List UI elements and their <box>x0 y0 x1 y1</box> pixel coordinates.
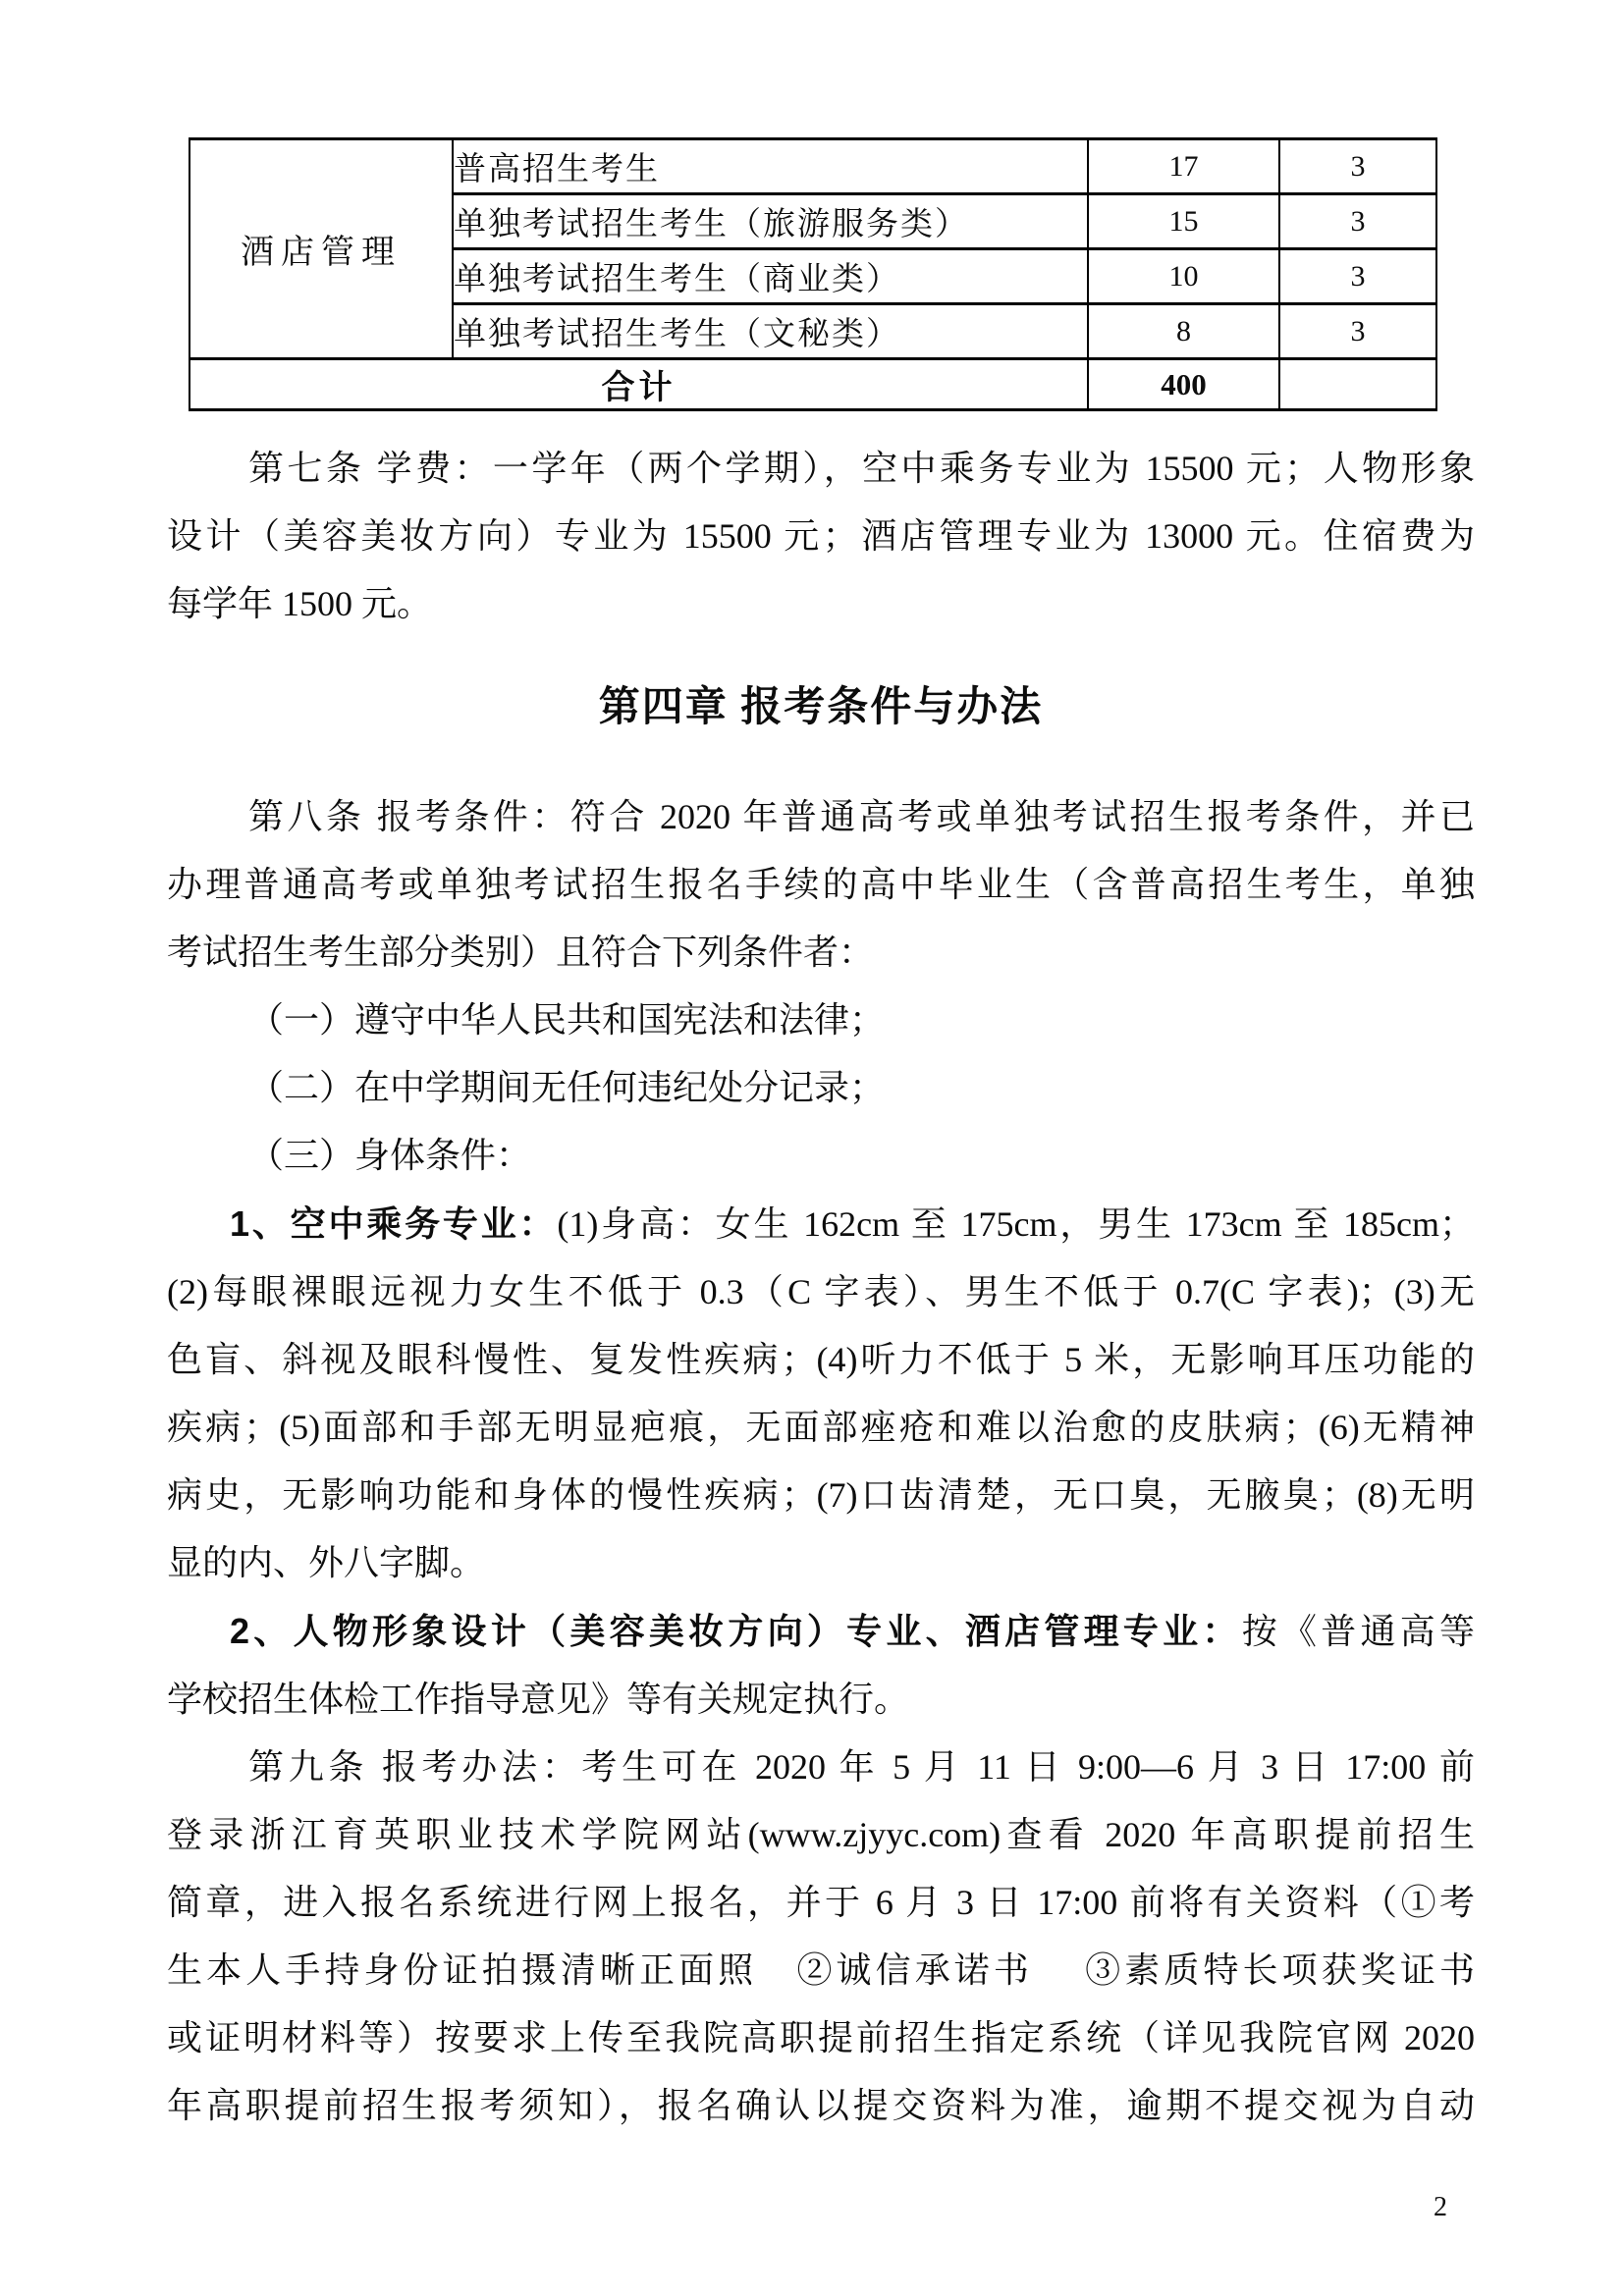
table-row: 酒店管理 普高招生考生 17 3 <box>189 139 1436 194</box>
paragraph-line: 病史，无影响功能和身体的慢性疾病；(7)口齿清楚，无口臭，无腋臭；(8)无明 <box>167 1462 1475 1529</box>
paragraph-line: 生本人手持身份证拍摄清晰正面照 ②诚信承诺书 ③素质特长项获奖证书 <box>167 1937 1475 2004</box>
bold-lead: 1、空中乘务专业： <box>230 1203 557 1244</box>
bold-lead: 2、人物形象设计（美容美妆方向）专业、酒店管理专业： <box>230 1611 1242 1651</box>
paragraph-line: 2、人物形象设计（美容美妆方向）专业、酒店管理专业：按《普通高等 <box>167 1597 1475 1666</box>
candidate-type-cell: 普高招生考生 <box>453 139 1088 194</box>
paragraph-line: 考试招生考生部分类别）且符合下列条件者： <box>167 919 1475 987</box>
paragraph-line: 登录浙江育英职业技术学院网站(www.zjyyc.com)查看 2020 年高职… <box>167 1801 1475 1869</box>
candidate-type-cell: 单独考试招生考生（旅游服务类） <box>453 194 1088 249</box>
lead-rest: (1)身高：女生 162cm 至 175cm，男生 173cm 至 185cm； <box>557 1204 1475 1244</box>
condition-item: （一）遵守中华人民共和国宪法和法律； <box>167 987 1475 1054</box>
paragraph-line: 学校招生体检工作指导意见》等有关规定执行。 <box>167 1666 1475 1734</box>
candidate-type-cell: 单独考试招生考生（文秘类） <box>453 304 1088 359</box>
paragraph-line: 色盲、斜视及眼科慢性、复发性疾病；(4)听力不低于 5 米，无影响耳压功能的 <box>167 1326 1475 1394</box>
condition-item: （二）在中学期间无任何违纪处分记录； <box>167 1054 1475 1122</box>
enrollment-quota-table: 酒店管理 普高招生考生 17 3 单独考试招生考生（旅游服务类） 15 3 单独… <box>189 137 1437 411</box>
paragraph-line: (2)每眼裸眼远视力女生不低于 0.3（C 字表）、男生不低于 0.7(C 字表… <box>167 1258 1475 1326</box>
body-text: 第七条 学费：一学年（两个学期），空中乘务专业为 15500 元；人物形象 设计… <box>167 425 1475 2140</box>
table-total-row: 合计 400 <box>189 359 1436 410</box>
plan-count-cell: 10 <box>1088 249 1279 304</box>
major-name-cell: 酒店管理 <box>189 139 453 359</box>
paragraph-line: 显的内、外八字脚。 <box>167 1529 1475 1597</box>
paragraph-line: 每学年 1500 元。 <box>167 570 1475 638</box>
lead-rest: 按《普通高等 <box>1242 1612 1475 1651</box>
paragraph-line: 设计（美容美妆方向）专业为 15500 元；酒店管理专业为 13000 元。住宿… <box>167 503 1475 570</box>
paragraph-line: 简章，进入报名系统进行网上报名，并于 6 月 3 日 17:00 前将有关资料（… <box>167 1869 1475 1937</box>
condition-item: （三）身体条件： <box>167 1122 1475 1190</box>
paragraph-line: 1、空中乘务专业：(1)身高：女生 162cm 至 175cm，男生 173cm… <box>167 1190 1475 1258</box>
paragraph-line: 年高职提前招生报考须知），报名确认以提交资料为准，逾期不提交视为自动 <box>167 2072 1475 2140</box>
page-number: 2 <box>1434 2191 1447 2224</box>
paragraph-line: 办理普通高考或单独考试招生报名手续的高中毕业生（含普高招生考生，单独 <box>167 851 1475 919</box>
years-cell: 3 <box>1279 139 1436 194</box>
years-cell: 3 <box>1279 304 1436 359</box>
paragraph-line: 或证明材料等）按要求上传至我院高职提前招生指定系统（详见我院官网 2020 <box>167 2004 1475 2072</box>
paragraph-line: 疾病；(5)面部和手部无明显疤痕，无面部痤疮和难以治愈的皮肤病；(6)无精神 <box>167 1394 1475 1462</box>
document-page: 酒店管理 普高招生考生 17 3 单独考试招生考生（旅游服务类） 15 3 单独… <box>0 0 1624 2296</box>
years-cell: 3 <box>1279 249 1436 304</box>
years-cell: 3 <box>1279 194 1436 249</box>
total-value-cell: 400 <box>1088 359 1279 410</box>
empty-cell <box>1279 359 1436 410</box>
plan-count-cell: 15 <box>1088 194 1279 249</box>
paragraph-line: 第八条 报考条件：符合 2020 年普通高考或单独考试招生报考条件，并已 <box>167 783 1475 851</box>
paragraph-line: 第九条 报考办法：考生可在 2020 年 5 月 11 日 9:00—6 月 3… <box>167 1734 1475 1801</box>
candidate-type-cell: 单独考试招生考生（商业类） <box>453 249 1088 304</box>
plan-count-cell: 17 <box>1088 139 1279 194</box>
total-label-cell: 合计 <box>189 359 1088 410</box>
chapter-heading: 第四章 报考条件与办法 <box>167 673 1475 742</box>
plan-count-cell: 8 <box>1088 304 1279 359</box>
paragraph-line: 第七条 学费：一学年（两个学期），空中乘务专业为 15500 元；人物形象 <box>167 435 1475 503</box>
